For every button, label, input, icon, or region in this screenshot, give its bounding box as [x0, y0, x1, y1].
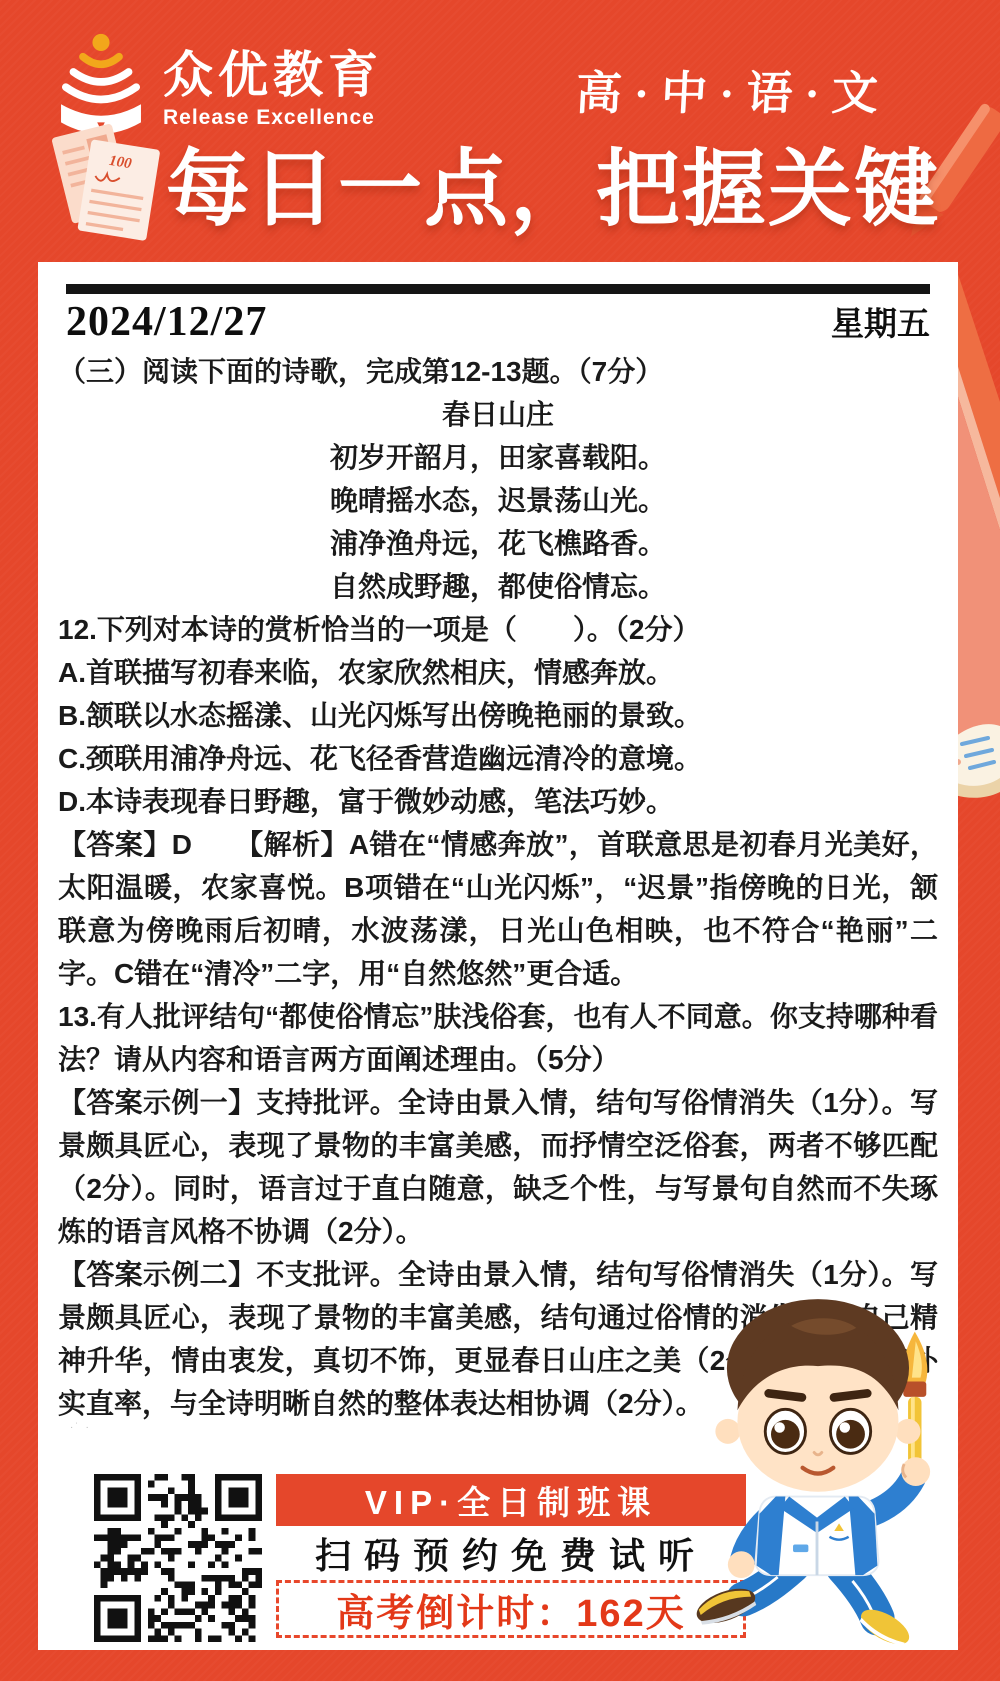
poster: 众优教育 Release Excellence 高·中·语·文 100 [0, 0, 1000, 1681]
content-card: 2024/12/27 星期五 （三）阅读下面的诗歌，完成第12-13题。（7分）… [38, 262, 958, 1650]
poem: 春日山庄 初岁开韶月，田家喜载阳。 晚晴摇水态，迟景荡山光。 浦净渔舟远，花飞樵… [58, 393, 938, 608]
question-12-stem: 12.下列对本诗的赏析恰当的一项是（ ）。（2分） [58, 608, 938, 651]
date-row: 2024/12/27 星期五 [66, 298, 930, 348]
weekday: 星期五 [831, 298, 930, 345]
subject-title: 高·中·语·文 [574, 57, 891, 123]
question-12-answer: 【答案】D 【解析】A错在“情感奔放”，首联意思是初春月光美好，太阳温暖，农家喜… [58, 823, 938, 995]
poem-line: 自然成野趣，都使俗情忘。 [58, 565, 938, 608]
vip-banner: VIP·全日制班课 [276, 1474, 746, 1526]
gaokao-countdown: 高考倒计时：162天 [276, 1580, 746, 1638]
poem-title: 春日山庄 [58, 393, 938, 436]
faint-print-marks: ·˙ · [70, 1422, 91, 1433]
question-12-option-d: D.本诗表现春日野趣，富于微妙动感，笔法巧妙。 [58, 780, 938, 823]
divider-bar [66, 284, 930, 294]
poem-line: 浦净渔舟远，花飞樵路香。 [58, 522, 938, 565]
question-13-answer-example-1: 【答案示例一】支持批评。全诗由景入情，结句写俗情消失（1分）。写景颇具匠心，表现… [58, 1081, 938, 1253]
roof-decoration-icon [954, 262, 1000, 782]
promo-footer: VIP·全日制班课 扫码预约免费试听 高考倒计时：162天 [94, 1474, 746, 1642]
date: 2024/12/27 [66, 298, 267, 346]
poem-line: 晚晴摇水态，迟景荡山光。 [58, 479, 938, 522]
brand-name: 众优教育 [163, 50, 383, 100]
headline: 每日一点，把握关键 [166, 122, 940, 243]
question-13-stem: 13.有人批评结句“都使俗情忘”肤浅俗套，也有人不同意。你支持哪种看法？请从内容… [58, 995, 938, 1081]
qr-code[interactable] [94, 1474, 262, 1642]
question-12-option-a: A.首联描写初春来临，农家欣然相庆，情感奔放。 [58, 651, 938, 694]
question-12-option-c: C.颈联用浦净舟远、花飞径香营造幽远清冷的意境。 [58, 737, 938, 780]
student-mascot [678, 1276, 956, 1650]
poem-line: 初岁开韶月，田家喜载阳。 [58, 436, 938, 479]
exam-papers-icon: 100 [52, 121, 160, 243]
question-12-option-b: B.颔联以水态摇漾、山光闪烁写出傍晚艳丽的景致。 [58, 694, 938, 737]
headline-row: 100 每日一点，把握关键 [52, 122, 970, 242]
promo-column: VIP·全日制班课 扫码预约免费试听 高考倒计时：162天 [276, 1474, 746, 1642]
scan-cta: 扫码预约免费试听 [276, 1528, 746, 1578]
section-intro: （三）阅读下面的诗歌，完成第12-13题。（7分） [58, 350, 938, 393]
